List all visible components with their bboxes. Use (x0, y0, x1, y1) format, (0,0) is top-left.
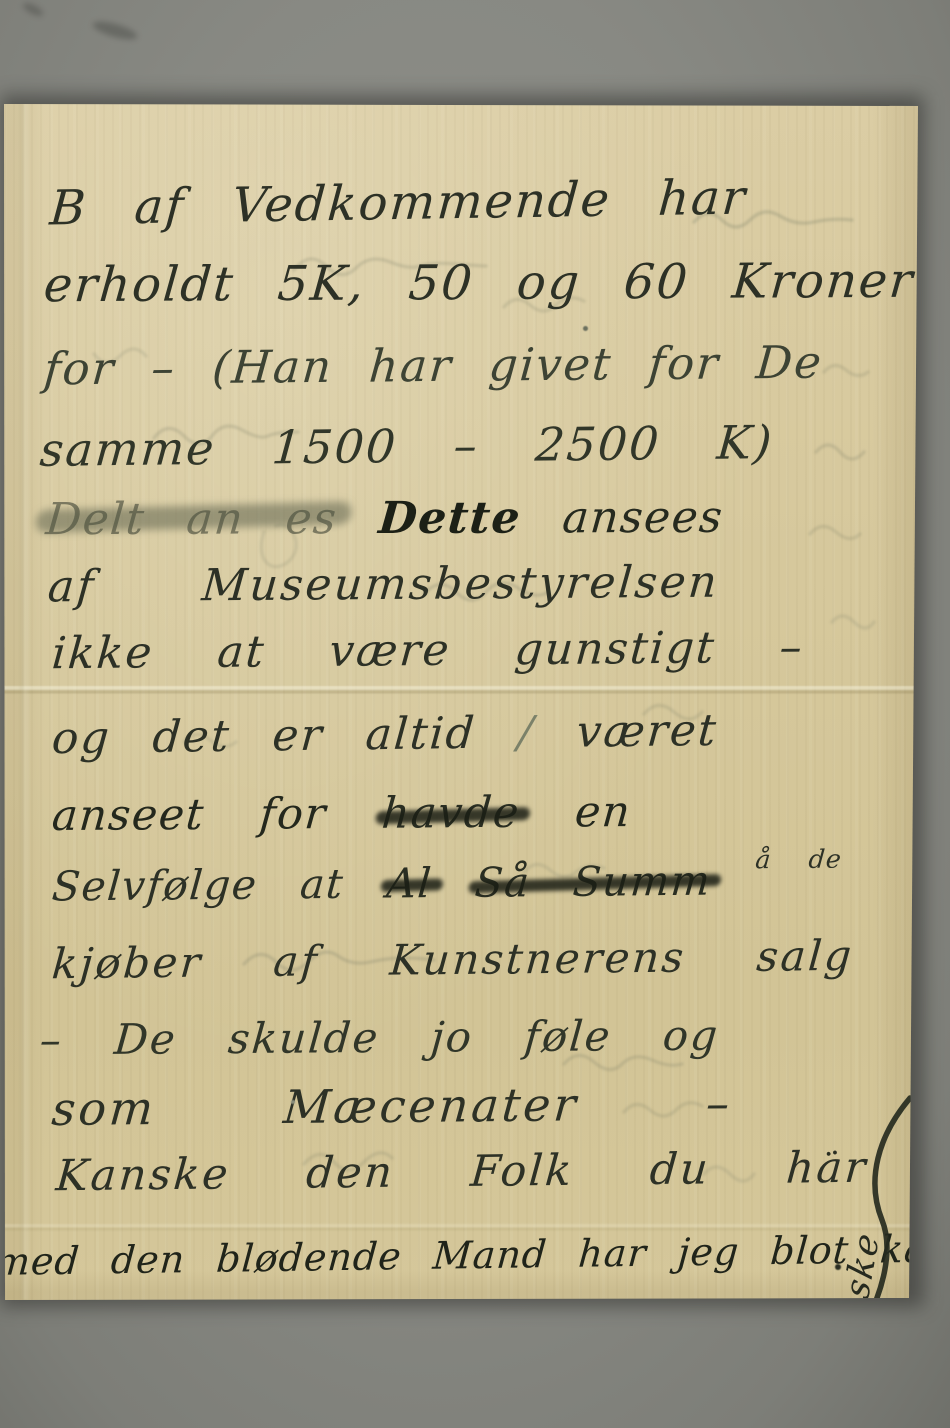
word-group: jo (429, 1013, 475, 1062)
word-group: Kanske (54, 1150, 232, 1201)
ink-speck (583, 326, 588, 331)
struck-text: havde (380, 789, 522, 839)
handwriting-line: af Museumsbestyrelsen (46, 558, 721, 613)
word-group: for (42, 343, 117, 395)
word-group: skulde (226, 1014, 381, 1063)
handwriting-line: kjøber af Kunstnerens salg (50, 932, 855, 989)
ink-speck (291, 1100, 295, 1104)
word-group: den (304, 1149, 396, 1199)
word-group: B (48, 181, 89, 237)
word-group: samme (38, 422, 218, 477)
word-group: De (754, 337, 825, 389)
handwriting-line: anseet for havde en (50, 788, 633, 842)
word-group: 5K, (276, 257, 368, 313)
word-group: af (46, 562, 98, 613)
word-group: – (704, 1077, 734, 1130)
letter-page: B af Vedkommende har erholdt 5K, 50 og 6… (4, 102, 918, 1300)
word-group: 60 Kroner (622, 254, 917, 311)
word-group: er (271, 711, 326, 762)
word-group: som (50, 1082, 158, 1136)
word-group: givet (487, 338, 614, 391)
handwriting-line: Selvfølge at Al Så Summ å de (50, 857, 842, 911)
word-group: ansees (560, 493, 725, 544)
word-group: gunstigt (513, 623, 718, 675)
word-group: – (778, 623, 806, 674)
handwriting-line: og det er altid / været (50, 706, 719, 765)
handwriting-line: som Mæcenater – (50, 1077, 734, 1136)
word-group: Kunstnerens (388, 934, 688, 985)
word-group: at (215, 627, 267, 678)
word-group: for (647, 337, 722, 389)
word-group: salg (755, 932, 856, 981)
word-group: Folk (469, 1147, 576, 1198)
struck-text: Al (385, 860, 434, 908)
word-group: føle (523, 1012, 614, 1061)
word-group: blødende (215, 1235, 404, 1281)
word-group: 1500 (270, 420, 399, 474)
word-group: jeg (676, 1230, 741, 1275)
word-group: / (516, 708, 537, 759)
word-group: og (661, 1012, 721, 1061)
handwriting-line: ikke at være gunstigt – (50, 623, 806, 680)
word-group: af (272, 937, 321, 986)
struck-text: Delt an es (44, 494, 339, 546)
word-group: Vedkommende (230, 173, 613, 234)
word-group: for (258, 790, 329, 840)
word-group: å de (754, 845, 843, 875)
word-group: at (298, 861, 346, 909)
word-group: den (109, 1238, 187, 1283)
horizontal-fold-crease (4, 686, 918, 694)
margin-note-vertical: Kanske (818, 1084, 918, 1300)
handwriting-line: samme 1500 – 2500 K) (38, 416, 775, 477)
handwriting-line: – De skulde jo føle og (38, 1012, 721, 1065)
word-group: af (133, 179, 187, 235)
word-group: – De (38, 1015, 179, 1064)
word-group: erholdt (42, 257, 237, 313)
background-smudge (91, 18, 139, 43)
word-group: altid (364, 709, 478, 761)
word-group: 2500 K) (533, 416, 775, 471)
ink-speck (835, 1264, 841, 1270)
word-group: og (50, 713, 112, 764)
word-group: – (150, 342, 179, 394)
word-group: 50 (406, 256, 476, 312)
handwriting-line: erholdt 5K, 50 og 60 Kroner (42, 254, 917, 314)
photograph-of-letter: { "document": { "kind": "handwritten let… (0, 0, 950, 1428)
word-group: det (151, 712, 233, 764)
word-group: med (4, 1240, 82, 1285)
word-group: har (656, 170, 748, 227)
struck-text: Så Summ (473, 858, 713, 907)
word-group: kjøber (50, 939, 204, 989)
word-group: være (327, 626, 452, 678)
word-group: har (367, 340, 454, 393)
word-group: Dette (377, 494, 524, 545)
handwriting-line: for – (Han har givet for De (42, 337, 825, 396)
word-group: Mæcenater (281, 1078, 580, 1134)
word-group: og (515, 255, 583, 311)
word-group: en (573, 788, 633, 838)
word-group: du (648, 1145, 712, 1195)
word-group: har (577, 1232, 649, 1277)
word-group: Museumsbestyrelsen (200, 558, 721, 612)
background-smudge (21, 0, 45, 18)
word-group: ikke (50, 628, 155, 680)
word-group: Mand (431, 1233, 549, 1278)
vertical-edge-crease (20, 102, 29, 1300)
word-group: anseet (50, 791, 207, 842)
word-group: været (575, 706, 720, 758)
handwriting-line: B af Vedkommende har (48, 170, 749, 236)
word-group: Selvfølge (50, 862, 259, 911)
handwriting-line: Kanske den Folk du har (54, 1144, 869, 1202)
handwriting-line: Delt an es Dette ansees (44, 493, 726, 546)
word-group: – (452, 419, 481, 472)
word-group: (Han (210, 341, 335, 394)
